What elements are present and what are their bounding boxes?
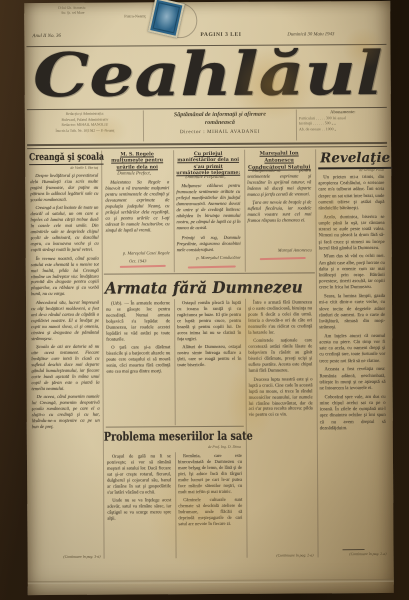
problema-col-b: România, care este binecuvântată de Dumn… <box>178 453 243 557</box>
signature-royal-date: Oct. 1943 <box>106 258 170 263</box>
article-title-problema: Problema meseriilor la sate <box>104 429 253 444</box>
paragraph: Comitetele naţionale care cercetează ast… <box>248 338 312 374</box>
publisher-info: Redacţia şi Administraţia: Bulevard, Pal… <box>30 111 140 134</box>
paragraph: M'am dus să văd cu ochii mei. Am găsit c… <box>319 254 385 292</box>
infobar-divider <box>143 110 144 141</box>
postal-city: Piatra-Neamţ <box>124 13 145 19</box>
column-rule <box>173 150 175 272</box>
paragraph: Şcoala de azi are datoria să nu uite ace… <box>31 344 99 392</box>
signature-antonescu: Mareşal Antonescu <box>248 247 312 252</box>
paragraph: Deaceea lupta noastră este şi o luptă a … <box>248 376 312 418</box>
red-pencil-underline <box>188 265 236 268</box>
salutation-telegrame: Domnule Preşedinte, <box>185 175 225 180</box>
paragraph: (Urb). — În armatele moderne nu se găseş… <box>106 300 170 342</box>
article-body-revelatie: Un prieten mi-a trimis, din apropierea C… <box>318 175 386 543</box>
paragraph: Un prieten mi-a trimis, din apropierea C… <box>318 175 384 213</box>
paragraph: Mulţumindu-vă pentru sentimentele exprim… <box>247 167 311 197</box>
publisher-line: Înscris la Trib. Nr. 10|1942 — P.-Neamţ <box>30 128 140 134</box>
headline-telegrame: Cu prilejul manifestărilor dela noi s'au… <box>176 151 240 177</box>
telegram-closing: Primiţi vă rog, Domnule Preşedinte, asig… <box>177 235 241 253</box>
postal-address-line2: Str. Şt. cel Mare <box>61 11 84 17</box>
article-body-creanga: Despre învăţătorul şi povestitorul dela … <box>30 173 100 553</box>
column-rule <box>174 299 176 425</box>
red-pencil-underline <box>120 265 166 268</box>
continuation-rule <box>343 549 365 550</box>
paragraph: Alături de Dumnezeu, ostaşul nostru simt… <box>177 344 241 368</box>
photo-of-newspaper: { "postal": { "line1": "D-lui Gh. Atanas… <box>0 0 409 600</box>
paragraph: Creangă a fost înainte de toate un dască… <box>30 205 98 253</box>
telegram-body: Mulţumesc călduros pentru frumoasele sen… <box>176 183 240 235</box>
paragraph: Am înţeles atunci că neamul acesta nu pi… <box>319 334 385 365</box>
armata-col-c: Între o armată fără Dumnezeu şi o oaste … <box>248 299 314 551</box>
paragraph: O ţară care şi-a dărâmat bisericile şi a… <box>106 345 170 375</box>
issue-number: Anul II No. 36 <box>32 34 61 39</box>
red-pencil-underline <box>260 257 306 260</box>
paragraph: Acolo, duminica, biserica se umple până … <box>318 215 384 253</box>
paragraph: Primiţi vă rog, Domnule Preşedinte, asig… <box>177 235 241 253</box>
paragraph: Căminele culturale sunt chemate să desch… <box>178 497 242 527</box>
headline-royal: M. S. Regele mulţumeşte pentru urările d… <box>105 151 169 171</box>
article-title-revelatie-wrap: Revelaţie <box>318 149 384 167</box>
paragraph: Ţara are nevoie de braţele şi de sufletu… <box>247 200 311 224</box>
subtitle: Săptămânal de informaţii şi afirmare rom… <box>146 111 294 127</box>
infobar-rule-thin <box>27 145 387 148</box>
paragraph: Între o armată fără Dumnezeu şi o oaste … <box>248 299 312 335</box>
column-rule <box>101 151 104 559</box>
paragraph: Unde nu se va înţelege acest adevăr, sat… <box>107 498 171 522</box>
paragraph: Ostaşul român pleacă la luptă cu icoana … <box>177 300 241 342</box>
newspaper-page: D-lui Gh. Atanasiu Str. Şt. cel Mare Pia… <box>24 1 394 595</box>
director-line: Director : MIHAIL AVADANEI <box>146 129 294 135</box>
paragraph: Despre învăţătorul şi povestitorul dela … <box>30 173 98 203</box>
continuation-note: (Continuare în pag. 2-a) <box>250 553 314 557</box>
problema-col-a: Oraşul de gală nu li se potriveşte; ei v… <box>107 453 172 557</box>
issue-date: Duminică 30 Maiu 1943 <box>224 32 334 38</box>
subscription-row: Ab. de onoare . . 1000 „ <box>299 127 387 133</box>
subtitle-line2: românească <box>146 119 294 127</box>
armata-col-a: (Urb). — În armatele moderne nu se găseş… <box>106 300 171 412</box>
paragraph: România, care este binecuvântată de Dumn… <box>178 453 242 495</box>
telegram-royal-body: Maiestatea Sa Regele a binevoit a vă tra… <box>105 179 169 245</box>
paragraph: Aceasta a fost revelaţia mea: România ad… <box>319 367 385 392</box>
newspaper-title: Ceahlăul <box>24 45 390 106</box>
continuation-note: (Continuare în pag. 2-a) <box>321 552 387 556</box>
fold-crease <box>28 579 394 584</box>
article-title-creanga: Creangă şi şcoala <box>29 152 104 165</box>
salutation-royal: Domnule Prefect, <box>117 171 151 176</box>
section-rule <box>106 426 244 428</box>
paragraph: Oraşul de gală nu li se potriveşte; ei v… <box>107 453 171 495</box>
paragraph: Abecedarul său, lucrat împreună cu alţi … <box>31 300 99 342</box>
subscriptions-box: Abonamente: Particulari . . . . . 300 le… <box>299 109 387 134</box>
armata-col-b: Ostaşul român pleacă la luptă cu icoana … <box>177 300 242 412</box>
paragraph: Mulţumesc călduros pentru frumoasele sen… <box>176 183 240 231</box>
paragraph: În vremea noastră, când şcoala satului e… <box>31 255 99 297</box>
signature-royal: p. Mareşalul Casei Regale <box>106 250 170 255</box>
stamp-portrait <box>153 2 180 33</box>
antonescu-body: Mulţumindu-vă pentru sentimentele exprim… <box>247 167 311 243</box>
section-rule <box>104 272 315 274</box>
column-rule <box>174 452 176 558</box>
article-byline-creanga: de Vasile I. Bortaş <box>30 166 98 170</box>
signature-telegrame: p. Mareşalul Conducător <box>177 255 241 260</box>
infobar-divider <box>296 109 297 140</box>
column-rule <box>244 150 246 272</box>
paragraph: Coborând spre vale, am dus cu mine chipu… <box>320 395 386 433</box>
paragraph: Maiestatea Sa Regele a binevoit a vă tra… <box>105 179 169 233</box>
continuation-note: (Continuare în pag. 3-a) <box>33 555 101 559</box>
article-title-revelatie: Revelaţie <box>318 150 392 169</box>
paragraph: De aceea, când pomenim numele lui Creang… <box>32 394 100 430</box>
article-byline-problema: de Prof. Ing. D. Dima <box>149 445 241 450</box>
article-title-armata: Armata fără Dumnezeu <box>105 277 303 297</box>
paragraph: Seara, la lumina lămpii, gazda mi-a citi… <box>319 294 385 332</box>
article-byline-revelatie: de George Pillat <box>318 168 384 172</box>
